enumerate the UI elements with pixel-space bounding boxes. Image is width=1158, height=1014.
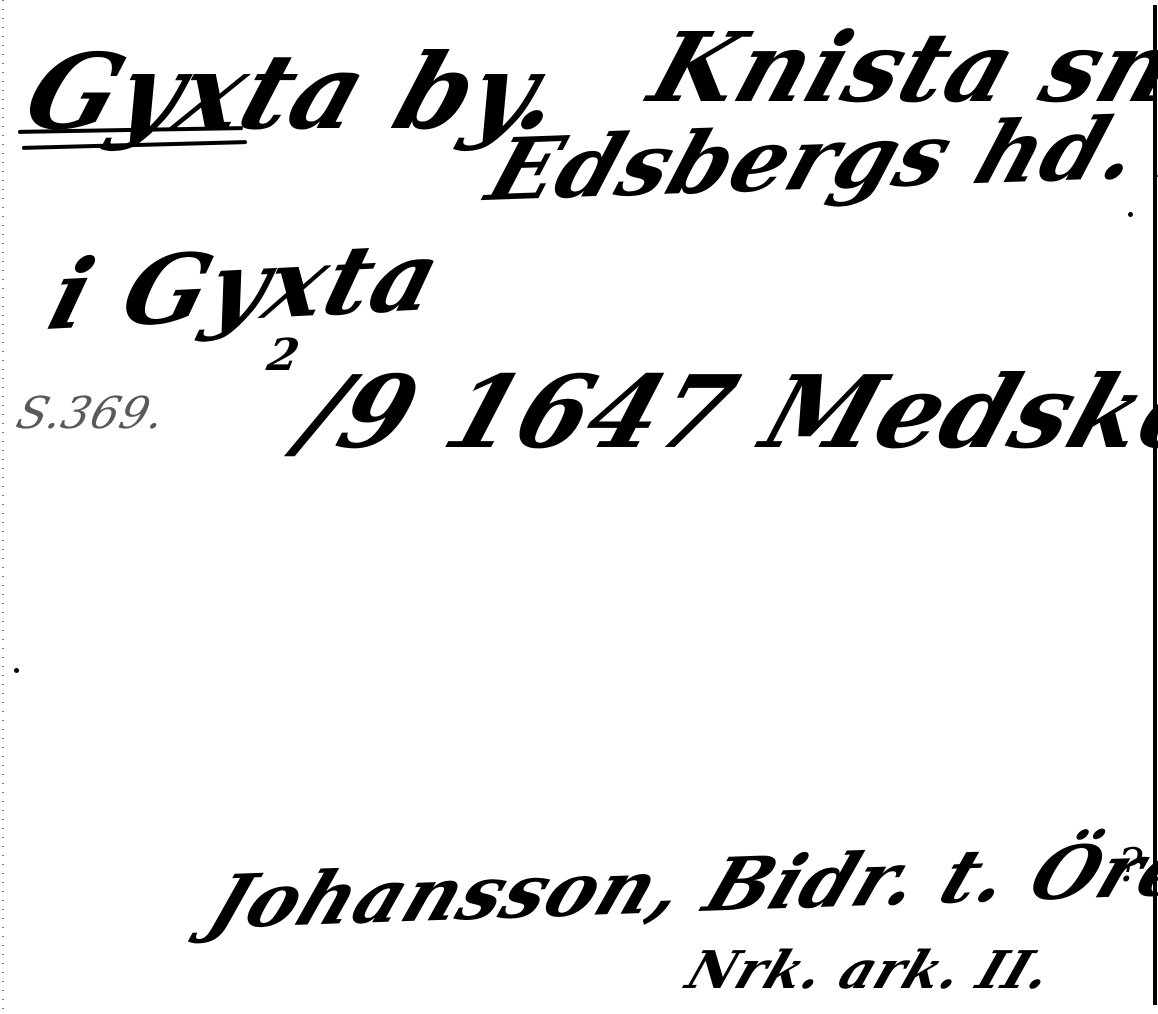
date-and-place: /9 1647 Medskog.: [290, 362, 1158, 462]
source-archive: Nrk. ark. II.: [680, 945, 1059, 997]
index-card: Gyxta by. Knista sn. Edsbergs hd. Nrk. i…: [0, 0, 1158, 1014]
pencil-note: S.369.: [12, 392, 170, 436]
date-day: 2: [264, 334, 303, 378]
source-reference: Johansson, Bidr. t. Örebro kron.: [200, 819, 1158, 940]
hundred-county: Edsbergs hd. Nrk.: [478, 97, 1158, 214]
query-mark: ?: [1118, 842, 1144, 888]
scan-edge-left: [2, 0, 4, 1014]
ink-speck: [1128, 212, 1133, 217]
location-text: i Gyxta: [40, 228, 450, 344]
ink-speck: [14, 668, 19, 673]
